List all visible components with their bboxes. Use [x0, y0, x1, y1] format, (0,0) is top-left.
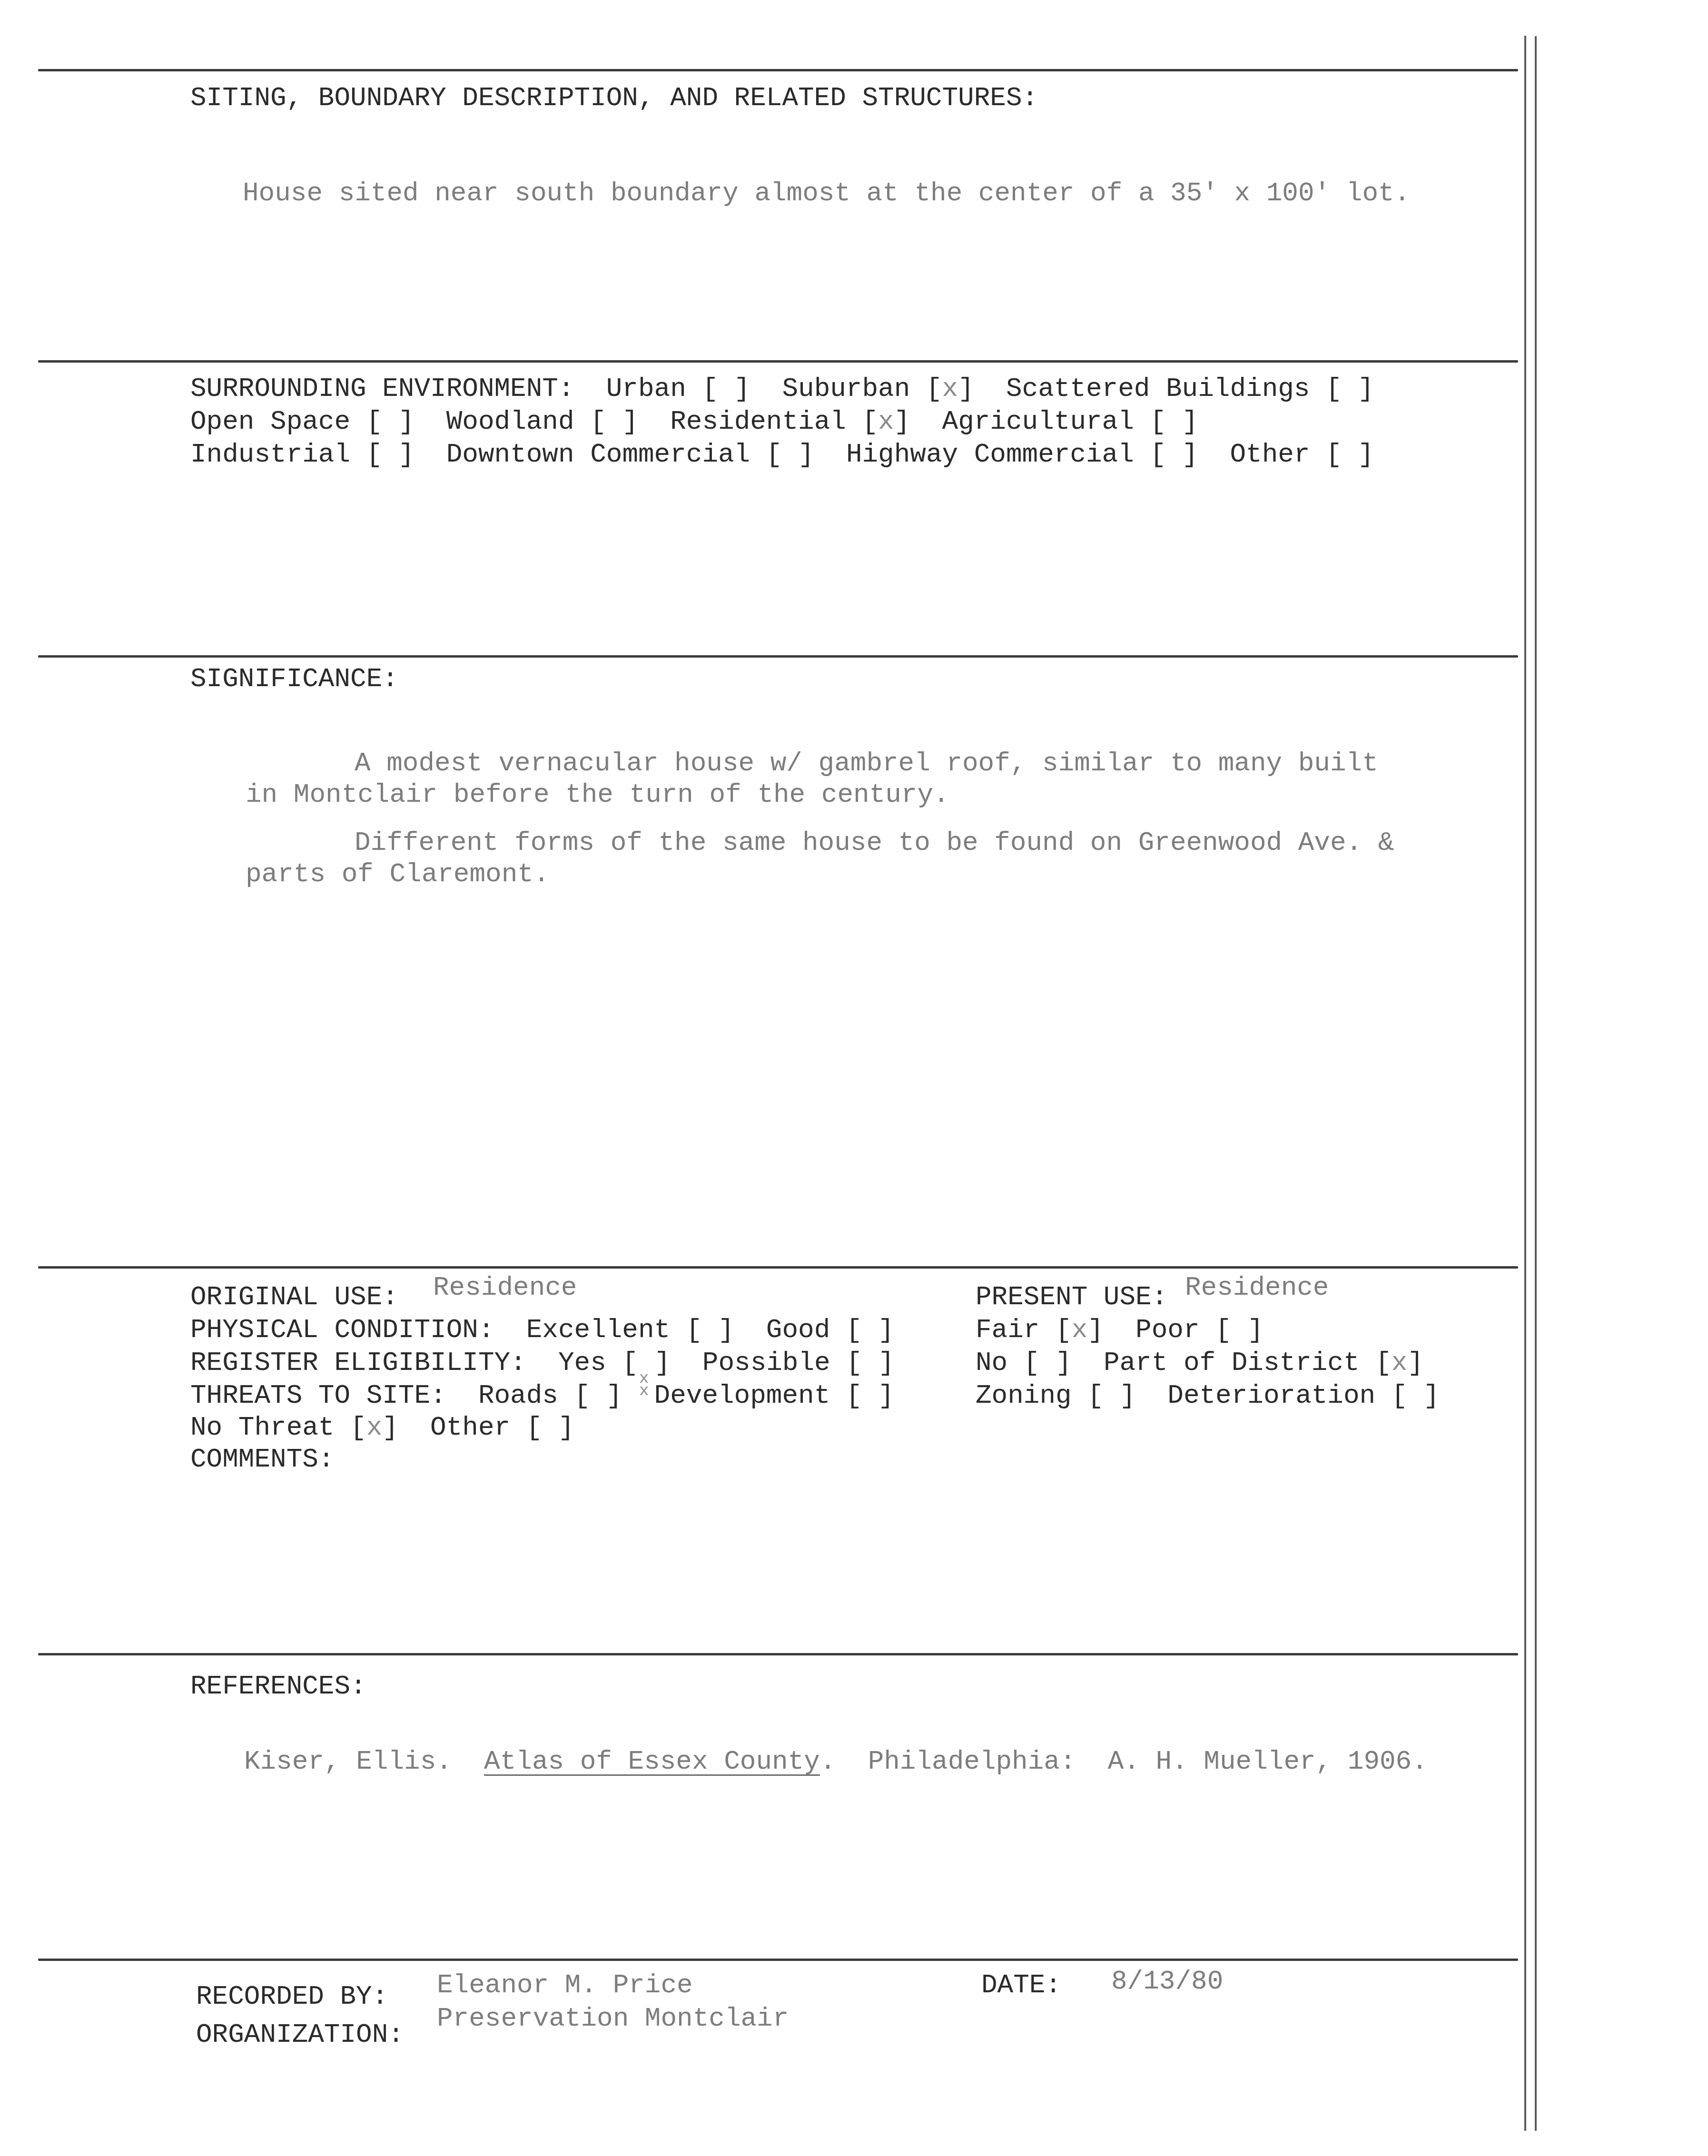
- significance-heading: SIGNIFICANCE:: [190, 663, 398, 696]
- condition-option-poor[interactable]: Poor [ ]: [1135, 1315, 1264, 1345]
- section-divider: [38, 69, 1518, 71]
- register-eligibility-label: REGISTER ELIGIBILITY:: [190, 1348, 526, 1378]
- checkbox-suburban[interactable]: x: [942, 374, 958, 404]
- checkbox-possible[interactable]: [862, 1348, 879, 1378]
- comments-label: COMMENTS:: [190, 1443, 334, 1476]
- reference-author: Kiser, Ellis.: [244, 1746, 452, 1777]
- environment-heading: SURROUNDING ENVIRONMENT:: [190, 374, 574, 404]
- env-option-agricultural[interactable]: Agricultural [ ]: [942, 406, 1198, 437]
- present-use-label: PRESENT USE:: [976, 1281, 1167, 1314]
- checkbox-no[interactable]: [1039, 1348, 1056, 1378]
- eligibility-option-possible[interactable]: Possible [ ]: [702, 1348, 894, 1378]
- env-option-urban[interactable]: Urban [ ]: [606, 374, 750, 404]
- condition-option-excellent[interactable]: Excellent [ ]: [526, 1315, 734, 1345]
- checkbox-agricultural[interactable]: [1166, 406, 1182, 437]
- organization-label: ORGANIZATION:: [196, 2018, 404, 2051]
- significance-p1-line1: A modest vernacular house w/ gambrel roo…: [355, 747, 1378, 780]
- threats-row: THREATS TO SITE: Roads [ ] Development […: [190, 1379, 894, 1412]
- checkbox-industrial[interactable]: [382, 439, 398, 470]
- original-use-label: ORIGINAL USE:: [190, 1281, 398, 1314]
- eligibility-option-part-of-district[interactable]: Part of District [x]: [1104, 1348, 1423, 1378]
- recorded-by-value[interactable]: Eleanor M. Price: [437, 1969, 693, 2002]
- physical-condition-label: PHYSICAL CONDITION:: [190, 1315, 494, 1345]
- environment-line-3: Industrial [ ] Downtown Commercial [ ] H…: [190, 438, 1374, 471]
- references-heading: REFERENCES:: [190, 1670, 366, 1703]
- reference-publisher: Philadelphia: A. H. Mueller, 1906.: [868, 1746, 1428, 1777]
- checkbox-poor[interactable]: [1232, 1315, 1248, 1345]
- checkbox-part-of-district[interactable]: x: [1392, 1348, 1408, 1378]
- threat-option-other[interactable]: Other [ ]: [430, 1412, 574, 1443]
- threats-row-right: Zoning [ ] Deterioration [ ]: [976, 1379, 1440, 1412]
- eligibility-option-no[interactable]: No [ ]: [976, 1348, 1072, 1378]
- checkbox-woodland[interactable]: [606, 406, 622, 437]
- recorded-by-label: RECORDED BY:: [196, 1980, 388, 2013]
- right-border-outer: [1535, 36, 1537, 2131]
- significance-p1-line2: in Montclair before the turn of the cent…: [246, 778, 949, 811]
- register-eligibility-row-right: No [ ] Part of District [x]: [976, 1347, 1423, 1379]
- present-use-value[interactable]: Residence: [1185, 1271, 1329, 1304]
- siting-text: House sited near south boundary almost a…: [243, 177, 1410, 210]
- threat-option-development[interactable]: Development [ ]: [654, 1380, 894, 1411]
- env-option-scattered-buildings[interactable]: Scattered Buildings [ ]: [1006, 374, 1374, 404]
- section-divider: [38, 1266, 1518, 1269]
- section-divider: [38, 1959, 1518, 1961]
- reference-entry: Kiser, Ellis. Atlas of Essex County. Phi…: [244, 1745, 1428, 1778]
- env-option-industrial[interactable]: Industrial [ ]: [190, 439, 415, 470]
- checkbox-excellent[interactable]: [702, 1315, 718, 1345]
- checkbox-highway-commercial[interactable]: [1166, 439, 1182, 470]
- section-divider: [38, 655, 1518, 658]
- checkbox-zoning[interactable]: [1104, 1380, 1120, 1411]
- checkbox-threat-other[interactable]: [542, 1412, 558, 1443]
- threat-option-no-threat[interactable]: No Threat [x]: [190, 1412, 398, 1443]
- threats-row-2: No Threat [x] Other [ ]: [190, 1411, 574, 1444]
- threats-label: THREATS TO SITE:: [190, 1380, 446, 1411]
- checkbox-no-threat[interactable]: x: [366, 1412, 383, 1443]
- checkbox-residential[interactable]: x: [878, 406, 894, 437]
- checkbox-fair[interactable]: x: [1072, 1315, 1088, 1345]
- checkbox-downtown-commercial[interactable]: [782, 439, 798, 470]
- env-option-woodland[interactable]: Woodland [ ]: [446, 406, 638, 437]
- condition-option-fair[interactable]: Fair [x]: [976, 1315, 1104, 1345]
- register-eligibility-row: REGISTER ELIGIBILITY: Yes [xx] Possible …: [190, 1347, 894, 1379]
- original-use-value[interactable]: Residence: [433, 1271, 577, 1304]
- date-label: DATE:: [981, 1969, 1061, 2002]
- comments-field[interactable]: [343, 1443, 1485, 1586]
- checkbox-development[interactable]: [862, 1380, 878, 1411]
- checkbox-other[interactable]: [1342, 439, 1358, 470]
- condition-option-good[interactable]: Good [ ]: [766, 1315, 894, 1345]
- organization-value[interactable]: Preservation Montclair: [437, 2002, 789, 2035]
- env-option-downtown-commercial[interactable]: Downtown Commercial [ ]: [446, 439, 814, 470]
- section-divider: [38, 360, 1518, 363]
- physical-condition-row-right: Fair [x] Poor [ ]: [976, 1314, 1264, 1347]
- section-divider: [38, 1653, 1518, 1655]
- physical-condition-row: PHYSICAL CONDITION: Excellent [ ] Good […: [190, 1314, 894, 1347]
- eligibility-option-yes[interactable]: Yes [xx]: [558, 1348, 671, 1378]
- environment-line-2: Open Space [ ] Woodland [ ] Residential …: [190, 405, 1198, 438]
- reference-title: Atlas of Essex County: [484, 1746, 820, 1777]
- env-option-open-space[interactable]: Open Space [ ]: [190, 406, 415, 437]
- checkbox-open-space[interactable]: [382, 406, 398, 437]
- env-option-suburban[interactable]: Suburban [x]: [782, 374, 974, 404]
- env-option-highway-commercial[interactable]: Highway Commercial [ ]: [846, 439, 1198, 470]
- checkbox-scattered-buildings[interactable]: [1342, 374, 1358, 404]
- checkbox-roads[interactable]: [590, 1380, 606, 1411]
- threat-option-roads[interactable]: Roads [ ]: [478, 1380, 622, 1411]
- environment-line-1: SURROUNDING ENVIRONMENT: Urban [ ] Subur…: [190, 373, 1374, 405]
- threat-option-zoning[interactable]: Zoning [ ]: [976, 1380, 1135, 1411]
- threat-option-deterioration[interactable]: Deterioration [ ]: [1167, 1380, 1439, 1411]
- env-option-other[interactable]: Other [ ]: [1230, 439, 1373, 470]
- checkbox-deterioration[interactable]: [1407, 1380, 1423, 1411]
- checkbox-urban[interactable]: [718, 374, 734, 404]
- env-option-residential[interactable]: Residential [x]: [670, 406, 910, 437]
- right-border-inner: [1524, 36, 1526, 2131]
- date-value[interactable]: 8/13/80: [1111, 1965, 1223, 1998]
- siting-heading: SITING, BOUNDARY DESCRIPTION, AND RELATE…: [190, 82, 1038, 115]
- significance-p2-line2: parts of Claremont.: [246, 858, 550, 891]
- significance-p2-line1: Different forms of the same house to be …: [355, 827, 1394, 859]
- checkbox-good[interactable]: [862, 1315, 878, 1345]
